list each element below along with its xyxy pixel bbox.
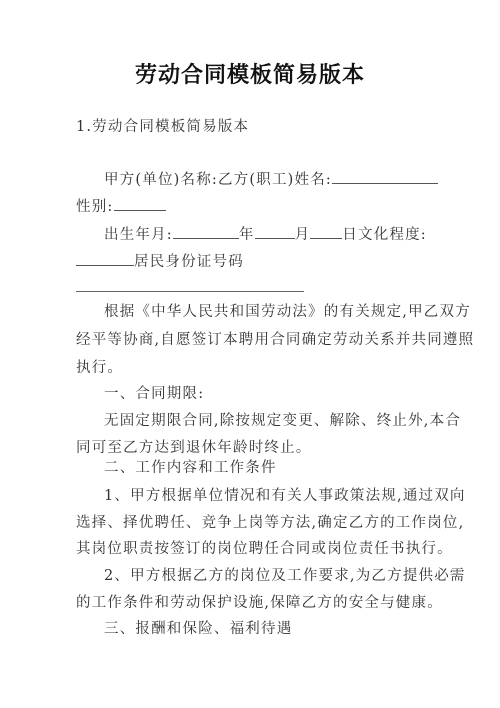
gender-blank-field [114, 196, 166, 211]
paragraph-line: 经平等协商,自愿签订本聘用合同确定劳动关系并共同遵照 [76, 330, 474, 350]
birth-label: 出生年月: [104, 227, 173, 243]
paragraph-line: 执行。 [76, 358, 123, 378]
paragraph-line: 同可至乙方达到退休年龄时终止。 [76, 438, 312, 458]
party-a-label: 甲方(单位)名称:乙方(职工)姓名: [104, 172, 332, 188]
paragraph-line: 2、甲方根据乙方的岗位及工作要求,为乙方提供必需 [104, 566, 466, 586]
document-title: 劳动合同模板简易版本 [0, 60, 500, 92]
birth-day-blank [310, 224, 342, 239]
year-label: 年 [239, 227, 255, 243]
paragraph-line: 根据《中华人民共和国劳动法》的有关规定,甲乙双方 [104, 302, 471, 322]
id-label: 居民身份证号码 [134, 254, 244, 270]
form-birth-line: 出生年月:年月日文化程度: [104, 224, 427, 245]
paragraph-line: 无固定期限合同,除按规定变更、解除、终止外,本合 [104, 411, 461, 431]
paragraph-line: 1、甲方根据单位情况和有关人事政策法规,通过双向 [104, 486, 466, 506]
form-party-line: 甲方(单位)名称:乙方(职工)姓名: [104, 169, 438, 190]
name-blank-field [332, 169, 438, 184]
paragraph-line: 选择、择优聘任、竞争上岗等方法,确定乙方的工作岗位, [76, 513, 464, 533]
document-page: 劳动合同模板简易版本 1.劳动合同模板简易版本 甲方(单位)名称:乙方(职工)姓… [0, 0, 500, 708]
birth-year-blank [173, 224, 239, 239]
paragraph-line: 其岗位职责按签订的岗位聘任合同或岗位责任书执行。 [76, 539, 453, 559]
document-subtitle: 1.劳动合同模板简易版本 [76, 117, 249, 137]
birth-month-blank [255, 224, 295, 239]
section-heading: 一、合同期限: [104, 384, 204, 404]
section-heading: 二、工作内容和工作条件 [104, 458, 277, 478]
form-id-line: 居民身份证号码 [76, 251, 244, 272]
education-blank-field [76, 251, 134, 266]
month-label: 月 [295, 227, 311, 243]
form-gender-line: 性别: [76, 196, 166, 217]
gender-label: 性别: [76, 199, 114, 215]
day-education-label: 日文化程度: [342, 227, 427, 243]
paragraph-line: 的工作条件和劳动保护设施,保障乙方的安全与健康。 [76, 593, 443, 613]
section-heading: 三、报酬和保险、福利待遇 [104, 619, 292, 639]
id-number-blank-field [76, 291, 304, 292]
